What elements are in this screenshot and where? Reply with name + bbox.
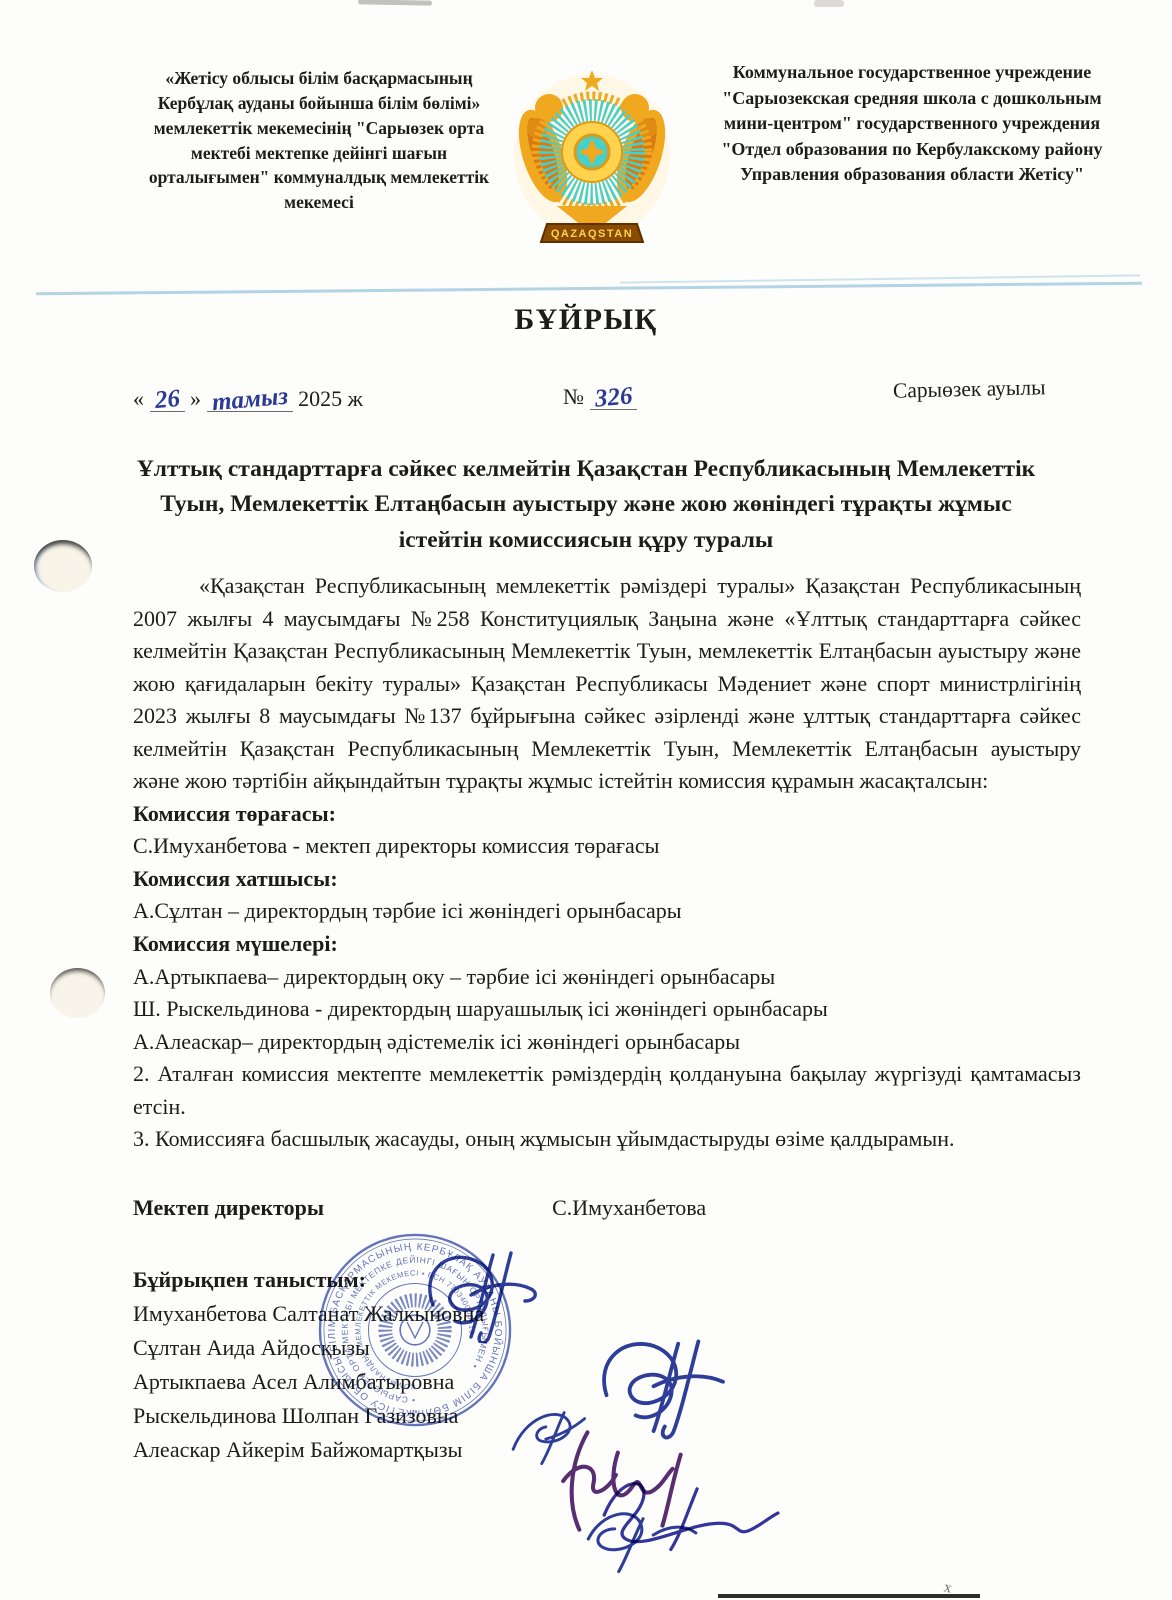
section-heading-secretary: Комиссия хатшысы: — [133, 863, 1081, 896]
body-paragraph: «Қазақстан Республикасының мемлекеттік р… — [133, 570, 1081, 798]
kazakhstan-emblem-icon: QAZAQSTAN — [497, 56, 687, 264]
date-field: « 26 » тамыз 2025 ж — [133, 386, 363, 412]
section-heading-chairman: Комиссия төрағасы: — [133, 798, 1081, 831]
issuer-name-russian: Коммунальное государственное учреждение … — [700, 60, 1124, 188]
handwritten-day: 26 — [149, 388, 186, 413]
director-signature — [415, 1243, 555, 1343]
chairman-entry: С.Имуханбетова - мектеп директоры комисс… — [133, 830, 1081, 863]
scan-edge-line — [718, 1594, 980, 1598]
document-type-title: БҰЙРЫҚ — [0, 303, 1172, 337]
signer-role: Мектеп директоры — [133, 1192, 324, 1225]
member-entry: А.Алеаскар– директордың әдістемелік ісі … — [133, 1026, 1081, 1059]
scan-artifact-line — [36, 282, 1142, 295]
scan-smudge — [814, 0, 844, 7]
ack-signature-aleaskar — [572, 1494, 704, 1576]
handwritten-month: тамыз — [206, 385, 294, 415]
signer-name: С.Имуханбетова — [552, 1192, 706, 1225]
date-open-quote: « — [133, 386, 144, 411]
number-label: № — [563, 384, 584, 409]
scan-smudge — [358, 0, 432, 6]
ack-name: Имуханбетова Салтанат Жалкыновна — [133, 1297, 1081, 1331]
order-number-field: № 326 — [563, 384, 637, 410]
issuer-name-kazakh: «Жетісу облысы білім басқармасының Кербұ… — [132, 66, 506, 215]
handwritten-number: 326 — [589, 385, 638, 412]
section-heading-members: Комиссия мүшелері: — [133, 928, 1081, 961]
acknowledgement-heading: Бұйрықпен таныстым: — [133, 1264, 1081, 1297]
director-signature-row: Мектеп директоры С.Имуханбетова — [133, 1192, 1081, 1225]
secretary-entry: А.Сұлтан – директордың тәрбие ісі жөнінд… — [133, 895, 1081, 928]
scanned-order-page: «Жетісу облысы білім басқармасының Кербұ… — [0, 0, 1172, 1600]
order-item-2: 2. Аталған комиссия мектепте мемлекеттік… — [133, 1058, 1081, 1123]
place-name: Сарыөзек ауылы — [893, 375, 1046, 403]
member-entry: А.Артыкпаева– директордың оку – тәрбие і… — [133, 961, 1081, 994]
order-item-3: 3. Комиссияға басшылық жасауды, оның жұм… — [133, 1123, 1081, 1156]
punch-hole-artifact — [50, 968, 105, 1018]
date-year: 2025 ж — [298, 386, 363, 411]
date-close-quote: » — [190, 386, 201, 411]
member-entry: Ш. Рыскельдинова - директордың шаруашылы… — [133, 993, 1081, 1026]
punch-hole-artifact — [34, 540, 92, 592]
order-subject: Ұлттық стандарттарға сәйкес келмейтін Қа… — [128, 452, 1044, 558]
emblem-banner-text: QAZAQSTAN — [551, 228, 633, 240]
